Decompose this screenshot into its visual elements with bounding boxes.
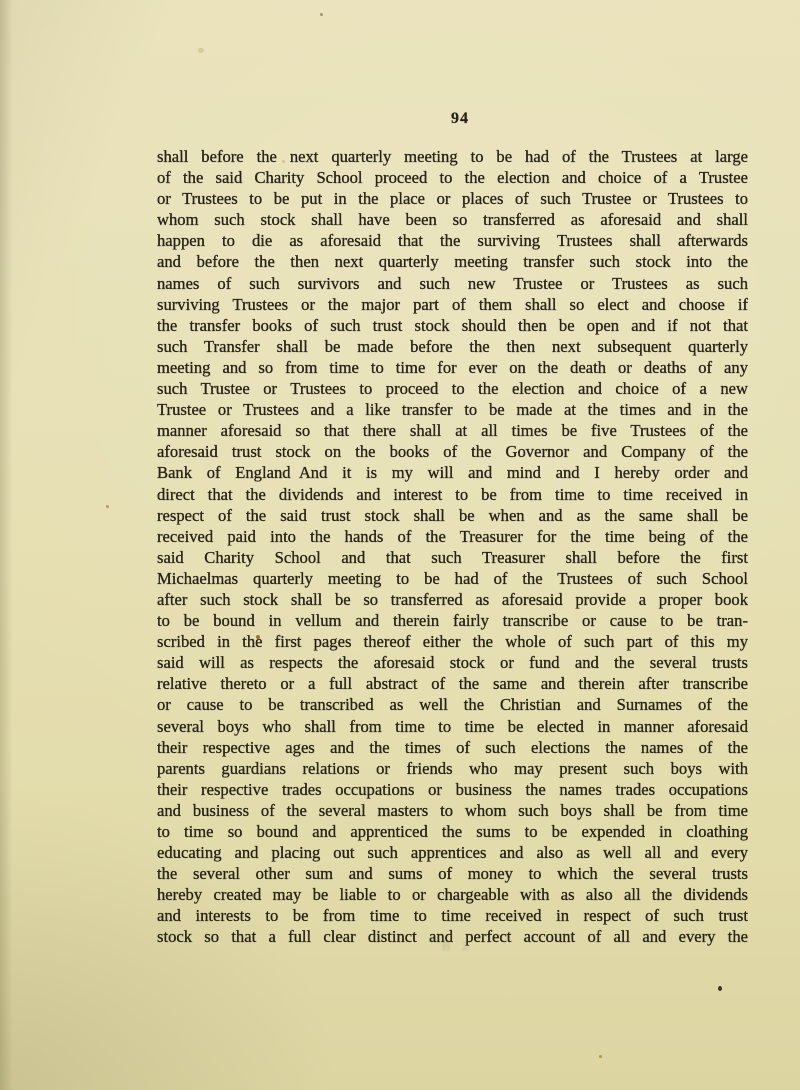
text-line: received paid into the hands of the Trea… <box>157 526 748 547</box>
text-line: of the said Charity School proceed to th… <box>157 167 748 188</box>
paper-speck <box>718 986 722 991</box>
text-line: said will as respects the aforesaid stoc… <box>157 652 748 673</box>
text-line: direct that the dividends and interest t… <box>157 484 748 505</box>
text-line: surviving Trustees or the major part of … <box>157 294 748 315</box>
text-line: Michaelmas quarterly meeting to be had o… <box>157 568 748 589</box>
text-line: or Trustees to be put in the place or pl… <box>157 188 748 209</box>
text-line: after such stock shall be so transferred… <box>157 589 748 610</box>
text-line: manner aforesaid so that there shall at … <box>157 420 748 441</box>
ink-showthrough-mark: B 2 <box>427 938 487 954</box>
text-line: to be bound in vellum and therein fairly… <box>157 610 748 631</box>
scanned-book-page: 94 shall before the next quarterly meeti… <box>0 0 800 1090</box>
text-line: aforesaid trust stock on the books of th… <box>157 441 748 462</box>
text-line: and interests to be from time to time re… <box>157 905 748 926</box>
document-text: shall before the next quarterly meeting … <box>157 146 748 948</box>
paper-speck <box>599 1055 602 1058</box>
text-line: parents guardians relations or friends w… <box>157 758 748 779</box>
text-line: educating and placing out such apprentic… <box>157 842 748 863</box>
text-line: and business of the several masters to w… <box>157 800 748 821</box>
text-line: to time so bound and apprenticed the sum… <box>157 821 748 842</box>
text-line: respect of the said trust stock shall be… <box>157 505 748 526</box>
text-line: and before the then next quarterly meeti… <box>157 251 748 272</box>
text-line: their respective trades occupations or b… <box>157 779 748 800</box>
text-line: several boys who shall from time to time… <box>157 716 748 737</box>
paper-speck <box>256 635 260 639</box>
text-line: or cause to be transcribed as well the C… <box>157 694 748 715</box>
text-line: such Trustee or Trustees to proceed to t… <box>157 378 748 399</box>
page-number: 94 <box>160 110 760 128</box>
text-line: hereby created may be liable to or charg… <box>157 884 748 905</box>
paper-speck <box>198 48 204 53</box>
text-line: Bank of England And it is my will and mi… <box>157 462 748 483</box>
text-line: their respective ages and the times of s… <box>157 737 748 758</box>
text-line: Trustee or Trustees and a like transfer … <box>157 399 748 420</box>
text-line: the several other sum and sums of money … <box>157 863 748 884</box>
paper-speck <box>320 13 323 16</box>
text-line: names of such survivors and such new Tru… <box>157 273 748 294</box>
text-line: shall before the next quarterly meeting … <box>157 146 748 167</box>
text-line: whom such stock shall have been so trans… <box>157 209 748 230</box>
text-line: scribed in the first pages thereof eithe… <box>157 631 748 652</box>
text-line: such Transfer shall be made before the t… <box>157 336 748 357</box>
text-line: meeting and so from time to time for eve… <box>157 357 748 378</box>
text-line: the transfer books of such trust stock s… <box>157 315 748 336</box>
paper-speck <box>106 505 109 508</box>
text-line: said Charity School and that such Treasu… <box>157 547 748 568</box>
text-line: relative thereto or a full abstract of t… <box>157 673 748 694</box>
paper-speck <box>282 160 285 163</box>
text-line: happen to die as aforesaid that the surv… <box>157 230 748 251</box>
